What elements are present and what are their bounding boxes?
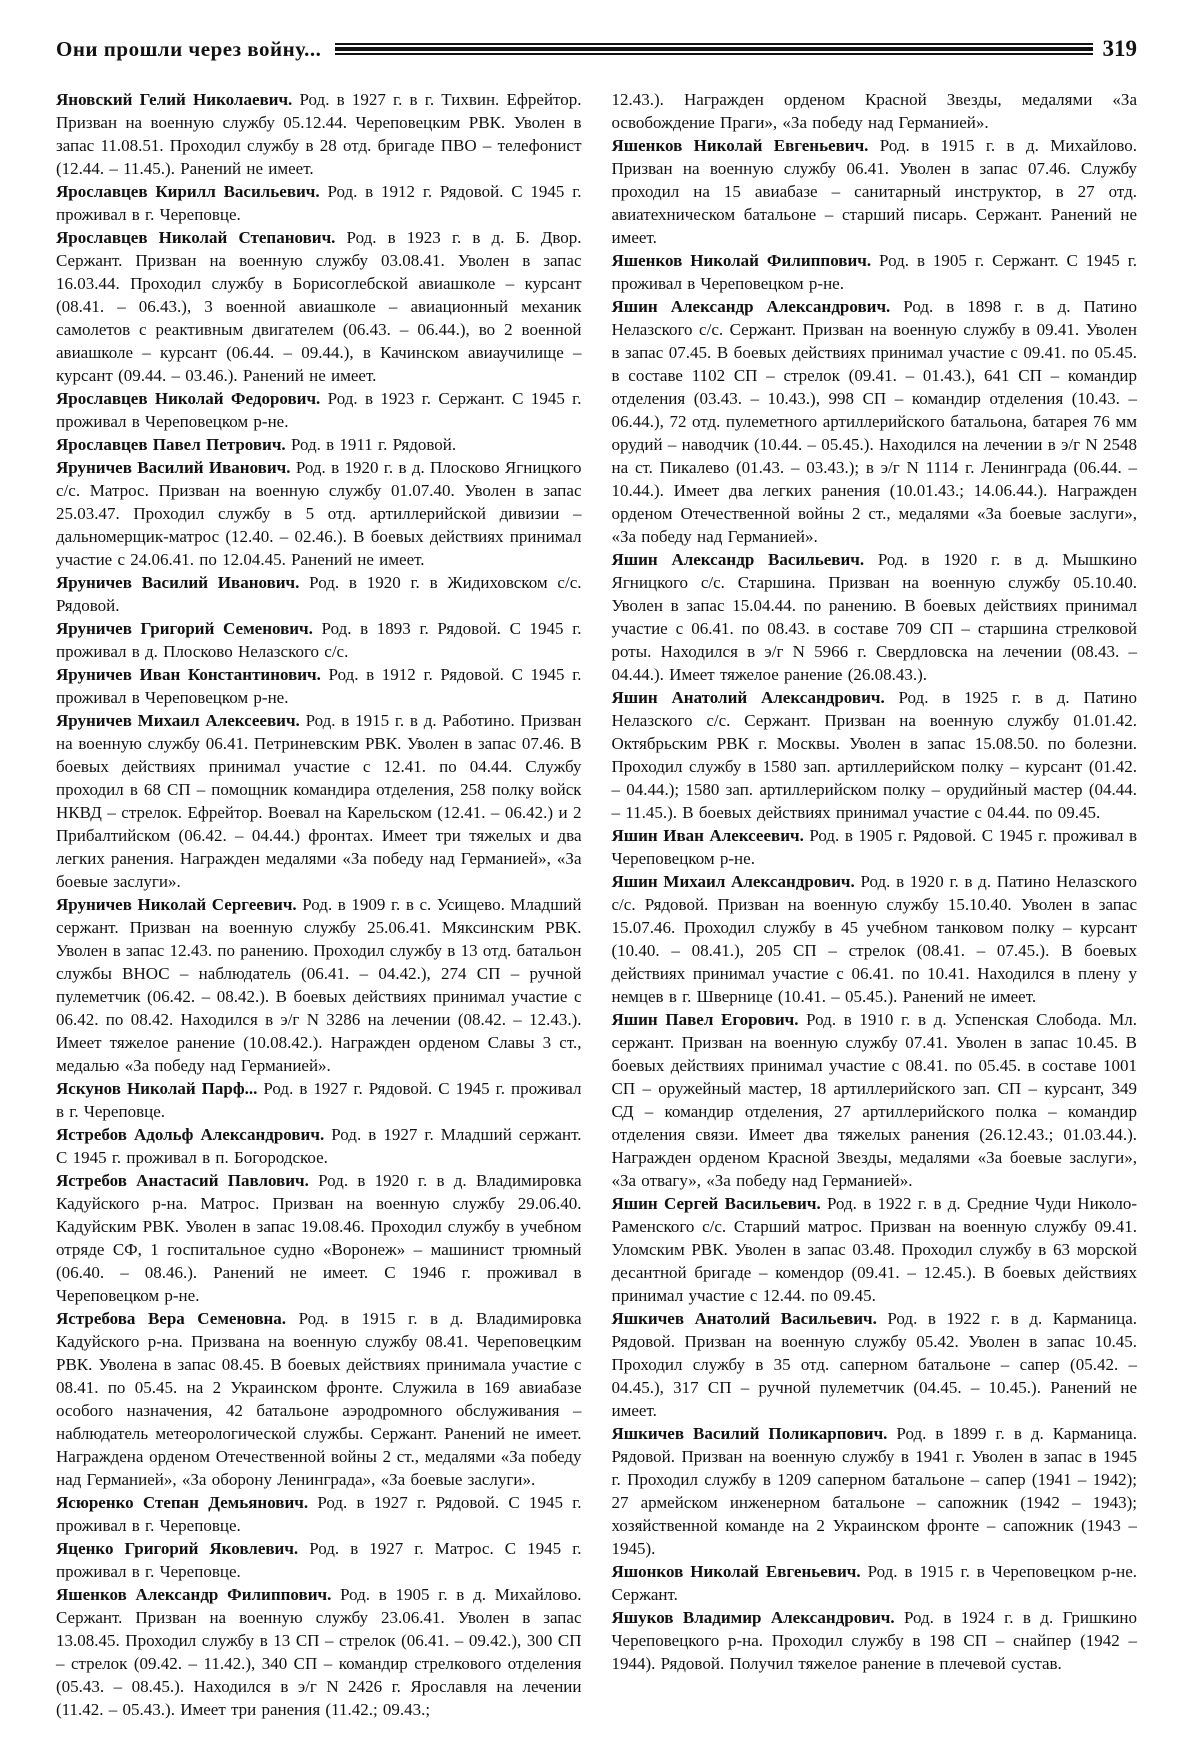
- veteran-entry: Ястребов Адольф Александрович. Род. в 19…: [56, 1123, 582, 1169]
- entry-name: Яруничев Григорий Семенович.: [56, 619, 313, 638]
- veteran-entry: Яруничев Николай Сергеевич. Род. в 1909 …: [56, 893, 582, 1077]
- entry-text: Род. в 1911 г. Рядовой.: [286, 435, 456, 454]
- running-title: Они прошли через войну...: [56, 37, 321, 62]
- veteran-entry: Ястребова Вера Семеновна. Род. в 1915 г.…: [56, 1307, 582, 1491]
- veteran-entry: Яшенков Николай Филиппович. Род. в 1905 …: [612, 249, 1138, 295]
- entry-name: Яскунов Николай Парф...: [56, 1079, 257, 1098]
- veteran-entry: Яшин Сергей Васильевич. Род. в 1922 г. в…: [612, 1192, 1138, 1307]
- veteran-entry: Яшкичев Василий Поликарпович. Род. в 189…: [612, 1422, 1138, 1560]
- entry-name: Яшкичев Анатолий Васильевич.: [612, 1309, 877, 1328]
- veteran-entry: Яшин Александр Александрович. Род. в 189…: [612, 295, 1138, 548]
- entry-name: Яшин Михаил Александрович.: [612, 872, 855, 891]
- entry-name: Яшонков Николай Евгеньевич.: [612, 1562, 861, 1581]
- entry-name: Ясюренко Степан Демьянович.: [56, 1493, 308, 1512]
- entry-name: Яшенков Николай Филиппович.: [612, 251, 872, 270]
- entry-text: Род. в 1905 г. в д. Михайлово. Сержант. …: [56, 1585, 582, 1719]
- veteran-entry: Яшин Анатолий Александрович. Род. в 1925…: [612, 686, 1138, 824]
- entry-name: Ярославцев Кирилл Васильевич.: [56, 182, 320, 201]
- veteran-entry: Яшин Иван Алексеевич. Род. в 1905 г. Ряд…: [612, 824, 1138, 870]
- entry-name: Яшенков Николай Евгеньевич.: [612, 136, 869, 155]
- veteran-entry: Яшуков Владимир Александрович. Род. в 19…: [612, 1606, 1138, 1675]
- book-page: Они прошли через войну... 319 Яновский Г…: [0, 0, 1185, 1761]
- entry-name: Ярославцев Николай Федорович.: [56, 389, 320, 408]
- entry-text: Род. в 1920 г. в д. Владимировка Кадуйск…: [56, 1171, 582, 1305]
- page-header: Они прошли через войну... 319: [56, 36, 1137, 62]
- entry-text: Род. в 1909 г. в с. Усищево. Младший сер…: [56, 895, 582, 1075]
- entry-name: Яшин Иван Алексеевич.: [612, 826, 804, 845]
- veteran-entry: Яшкичев Анатолий Васильевич. Род. в 1922…: [612, 1307, 1138, 1422]
- entry-name: Яценко Григорий Яковлевич.: [56, 1539, 298, 1558]
- veteran-entry: Яшин Павел Егорович. Род. в 1910 г. в д.…: [612, 1008, 1138, 1192]
- entry-name: Яшенков Александр Филиппович.: [56, 1585, 331, 1604]
- veteran-entry: Ярославцев Павел Петрович. Род. в 1911 г…: [56, 433, 582, 456]
- right-column: 12.43.). Награжден орденом Красной Звезд…: [612, 88, 1138, 1721]
- entry-name: Яруничев Николай Сергеевич.: [56, 895, 297, 914]
- entry-name: Ястребов Анастасий Павлович.: [56, 1171, 309, 1190]
- entry-name: Яруничев Василий Иванович.: [56, 573, 299, 592]
- veteran-entry: Яшин Александр Васильевич. Род. в 1920 г…: [612, 548, 1138, 686]
- entry-name: Яшин Александр Александрович.: [612, 297, 891, 316]
- entry-text: Род. в 1923 г. в д. Б. Двор. Сержант. Пр…: [56, 228, 582, 385]
- veteran-entry: Ярославцев Николай Федорович. Род. в 192…: [56, 387, 582, 433]
- entry-text: Род. в 1910 г. в д. Успенская Слобода. М…: [612, 1010, 1138, 1190]
- entry-name: Яшкичев Василий Поликарпович.: [612, 1424, 888, 1443]
- veteran-entry: 12.43.). Награжден орденом Красной Звезд…: [612, 88, 1138, 134]
- veteran-entry: Яшин Михаил Александрович. Род. в 1920 г…: [612, 870, 1138, 1008]
- entry-text: Род. в 1898 г. в д. Патино Нелазского с/…: [612, 297, 1138, 546]
- veteran-entry: Яруничев Григорий Семенович. Род. в 1893…: [56, 617, 582, 663]
- veteran-entry: Яруничев Иван Константинович. Род. в 191…: [56, 663, 582, 709]
- header-rule: [335, 43, 1092, 55]
- entry-name: Яшуков Владимир Александрович.: [612, 1608, 895, 1627]
- veteran-entry: Яруничев Василий Иванович. Род. в 1920 г…: [56, 456, 582, 571]
- entry-text: 12.43.). Награжден орденом Красной Звезд…: [612, 90, 1138, 132]
- entry-name: Ястребова Вера Семеновна.: [56, 1309, 286, 1328]
- veteran-entry: Яшенков Александр Филиппович. Род. в 190…: [56, 1583, 582, 1721]
- veteran-entry: Яруничев Михаил Алексеевич. Род. в 1915 …: [56, 709, 582, 893]
- entry-name: Яшин Павел Егорович.: [612, 1010, 799, 1029]
- entry-name: Яновский Гелий Николаевич.: [56, 90, 292, 109]
- entry-text: Род. в 1925 г. в д. Патино Нелазского с/…: [612, 688, 1138, 822]
- entry-name: Яруничев Михаил Алексеевич.: [56, 711, 300, 730]
- veteran-entry: Ярославцев Кирилл Васильевич. Род. в 191…: [56, 180, 582, 226]
- entry-name: Яшин Сергей Васильевич.: [612, 1194, 821, 1213]
- rule-line-middle: [335, 47, 1092, 51]
- entry-name: Яруничев Иван Константинович.: [56, 665, 321, 684]
- veteran-entry: Яновский Гелий Николаевич. Род. в 1927 г…: [56, 88, 582, 180]
- entry-text: Род. в 1920 г. в д. Мышкино Ягницкого с/…: [612, 550, 1138, 684]
- entry-name: Яшин Анатолий Александрович.: [612, 688, 885, 707]
- entry-name: Ярославцев Николай Степанович.: [56, 228, 335, 247]
- text-columns: Яновский Гелий Николаевич. Род. в 1927 г…: [56, 88, 1137, 1721]
- veteran-entry: Яруничев Василий Иванович. Род. в 1920 г…: [56, 571, 582, 617]
- veteran-entry: Ярославцев Николай Степанович. Род. в 19…: [56, 226, 582, 387]
- veteran-entry: Яценко Григорий Яковлевич. Род. в 1927 г…: [56, 1537, 582, 1583]
- entry-name: Яруничев Василий Иванович.: [56, 458, 290, 477]
- veteran-entry: Яшонков Николай Евгеньевич. Род. в 1915 …: [612, 1560, 1138, 1606]
- rule-line-top: [335, 43, 1092, 45]
- rule-line-bottom: [335, 53, 1092, 55]
- entry-text: Род. в 1899 г. в д. Карманица. Рядовой. …: [612, 1424, 1138, 1558]
- veteran-entry: Яскунов Николай Парф... Род. в 1927 г. Р…: [56, 1077, 582, 1123]
- veteran-entry: Ястребов Анастасий Павлович. Род. в 1920…: [56, 1169, 582, 1307]
- entry-text: Род. в 1915 г. в д. Работино. Призван на…: [56, 711, 582, 891]
- entry-text: Род. в 1915 г. в д. Владимировка Кадуйск…: [56, 1309, 582, 1489]
- page-number: 319: [1103, 36, 1138, 62]
- entry-name: Яшин Александр Васильевич.: [612, 550, 865, 569]
- left-column: Яновский Гелий Николаевич. Род. в 1927 г…: [56, 88, 582, 1721]
- entry-name: Ястребов Адольф Александрович.: [56, 1125, 324, 1144]
- veteran-entry: Яшенков Николай Евгеньевич. Род. в 1915 …: [612, 134, 1138, 249]
- veteran-entry: Ясюренко Степан Демьянович. Род. в 1927 …: [56, 1491, 582, 1537]
- entry-name: Ярославцев Павел Петрович.: [56, 435, 286, 454]
- entry-text: Род. в 1920 г. в д. Патино Нелазского с/…: [612, 872, 1138, 1006]
